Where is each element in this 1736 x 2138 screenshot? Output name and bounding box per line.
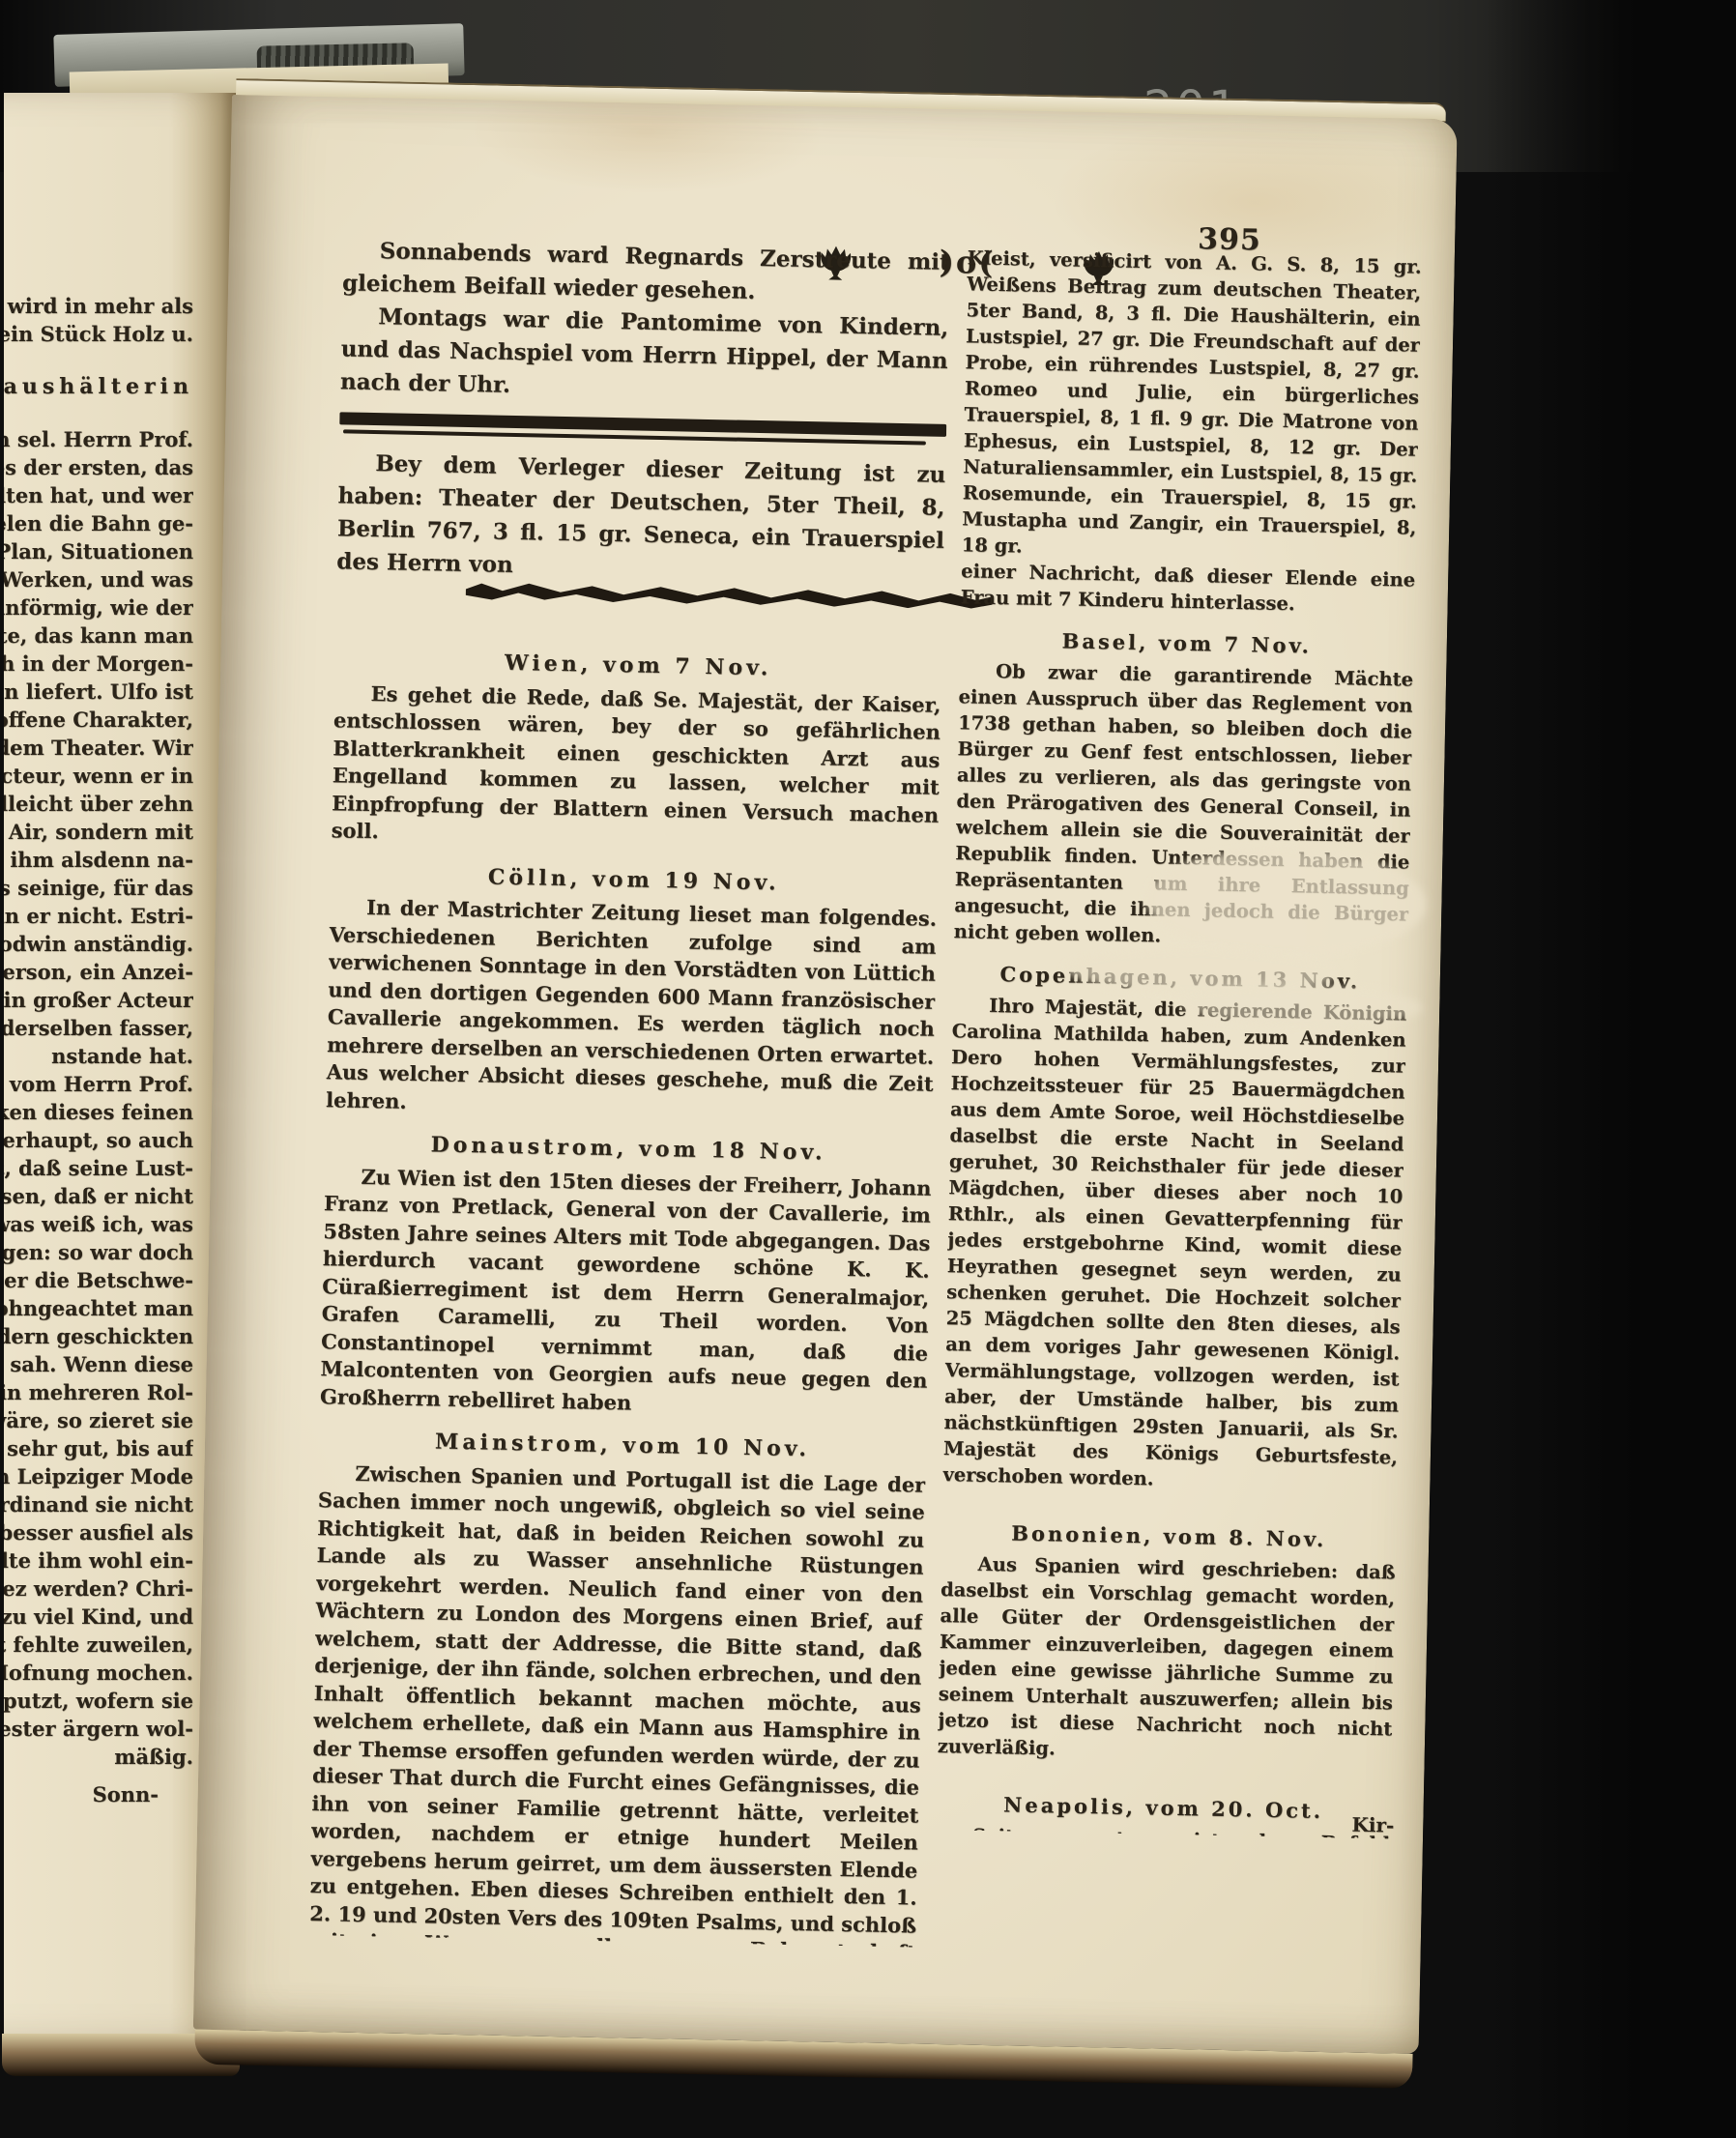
news-section: Wien, vom 7 Nov. Es gehet die Rede, daß …: [331, 646, 941, 856]
news-section: Copenhagen, vom 13 Nov. Ihro Majestät, d…: [942, 960, 1407, 1496]
left-page-line: vie ein Stück Holz u.: [4, 320, 193, 348]
scanned-newspaper-page: 201 nn es wird in mehr alsvie ein Stück …: [0, 0, 1736, 2138]
left-page-line: t nach Leipziger Mode: [4, 1462, 193, 1490]
section-body: Ob zwar die garantirende Mächte einen Au…: [954, 657, 1414, 953]
left-page-line: noch in der Morgen-: [4, 650, 193, 678]
news-section: Mainstrom, vom 10 Nov. Zwischen Spanien …: [309, 1426, 926, 1947]
left-page-line: om sel. Herrn Prof.: [4, 425, 193, 453]
left-page-line: fast zu viel Kind, und: [4, 1603, 193, 1631]
left-page-line: o vielen die Bahn ge-: [4, 509, 193, 537]
news-section: Donaustrom, vom 18 Nov. Zu Wien ist den …: [320, 1129, 933, 1423]
left-page-line: uf dem Theater. Wir: [4, 734, 193, 762]
left-page-line: chen Werken, und was: [4, 565, 193, 593]
left-page-line: er vielleicht über zehn: [4, 790, 193, 818]
left-page-line: rhalten hat, und wer: [4, 481, 193, 509]
left-page-line: Sinn derselben fasser,: [4, 1014, 193, 1042]
left-page-line: en, wäre, so zieret sie: [4, 1406, 193, 1434]
section-body: Zu Wien ist den 15ten dieses der Freiher…: [320, 1163, 932, 1423]
section-body: Aus Spanien wird geschrieben: daß daselb…: [938, 1550, 1396, 1768]
left-page-line: nn es wird in mehr als: [4, 292, 193, 320]
left-page-line: n oder die Betschwe-: [4, 1266, 193, 1294]
right-column: Kleist, versificirt von A. G. S. 8, 15 g…: [936, 245, 1422, 1838]
section-title: Wien, vom 7 Nov.: [334, 646, 941, 685]
left-page-line: Stücken dieses feinen: [4, 1098, 193, 1126]
section-title: Donaustrom, vom 18 Nov.: [325, 1129, 932, 1169]
section-body: Zwischen Spanien und Portugall ist die L…: [309, 1459, 926, 1948]
section-body: Ihro Majestät, die regierende Königin Ca…: [942, 992, 1406, 1496]
news-section: Basel, vom 7 Nov. Ob zwar die garantiren…: [954, 625, 1415, 953]
left-column-sections: Wien, vom 7 Nov. Es gehet die Rede, daß …: [309, 646, 942, 1947]
section-title: Mainstrom, vom 10 Nov.: [319, 1426, 926, 1465]
left-page-line: Godwin anständig.: [4, 930, 193, 958]
story-continuation: einer Nachricht, daß dieser Elende eine …: [960, 558, 1415, 619]
section-title: Bononien, vom 8. Nov.: [941, 1518, 1396, 1553]
left-page-line: on besser ausfiel als: [4, 1518, 193, 1546]
left-page-line: d was weiß ich, was: [4, 1210, 193, 1238]
publisher-notice: Bey dem Verleger dieser Zeitung ist zu h…: [336, 447, 946, 591]
left-page-heading: aushälterin vom: [4, 373, 193, 406]
theatre-note-paragraph: Sonnabends ward Regnards Zerstreute mit …: [342, 234, 950, 312]
left-page-line: n Plan, Situationen: [4, 537, 193, 565]
left-page-line: ute Hofnung mochen.: [4, 1659, 193, 1687]
left-page-line: r vom Herrn Prof.: [4, 1070, 193, 1098]
left-page-line: macht, daß seine Lust-: [4, 1154, 193, 1182]
left-page-line: mal ein großer Acteur: [4, 986, 193, 1014]
page-catchword: Kir-: [1268, 1811, 1394, 1837]
left-column-top-block: Sonnabends ward Regnards Zerstreute mit …: [336, 234, 950, 591]
left-page-top-lines: nn es wird in mehr alsvie ein Stück Holz…: [4, 292, 193, 348]
left-page-line: nstande hat.: [4, 1042, 193, 1070]
left-page-line: n getroffene Charakter,: [4, 706, 193, 734]
publisher-notice-continuation: Kleist, versificirt von A. G. S. 8, 15 g…: [962, 245, 1422, 566]
left-page-line: e überhaupt, so auch: [4, 1126, 193, 1154]
left-page-line: ez werden? Chri-: [4, 1575, 193, 1603]
theatre-note-paragraph: Montags war die Pantomime von Kindern, u…: [340, 300, 949, 411]
left-page-line: ner andern geschickten: [4, 1322, 193, 1350]
left-page-line: sah. Wenn diese: [4, 1350, 193, 1378]
left-page-line: nte sehr gut, bis auf: [4, 1434, 193, 1462]
rule-spacer: [335, 578, 943, 643]
left-page-line: en liessen, daß er nicht: [4, 1182, 193, 1210]
main-page: 395 )o( Sonnabends ward Regnards Zerstre…: [193, 95, 1458, 2054]
left-page-line: Sollte ihm wohl ein-: [4, 1546, 193, 1575]
left-column: Sonnabends ward Regnards Zerstreute mit …: [309, 234, 950, 1947]
left-page-line: gt in mehreren Rol-: [4, 1378, 193, 1406]
left-page-line: e, sagen: so war doch: [4, 1238, 193, 1266]
main-page-wrapper: 395 )o( Sonnabends ward Regnards Zerstre…: [193, 95, 1458, 2054]
left-page-line: Ferdinand sie nicht: [4, 1490, 193, 1518]
news-section: Cölln, vom 19 Nov. In der Mastrichter Ze…: [326, 860, 938, 1126]
left-page-line: rde, ohngeachtet man: [4, 1294, 193, 1322]
left-page-line: mäßig.: [4, 1743, 193, 1771]
left-page-line: die ihm alsdenn na-: [4, 846, 193, 874]
left-page-line: ne Person, ein Anzei-: [4, 958, 193, 986]
left-page-line: ewicht fehlte zuweilen,: [4, 1631, 193, 1659]
left-page-line: kann er nicht. Estri-: [4, 902, 193, 930]
section-title: Basel, vom 7 Nov.: [960, 625, 1414, 660]
left-page-catchword: Sonn-: [4, 1780, 193, 1808]
left-page-line: nöchte, das kann man: [4, 621, 193, 650]
left-page-line: hr geputzt, wofern sie: [4, 1687, 193, 1715]
section-title: Copenhagen, vom 13 Nov.: [953, 960, 1407, 995]
left-page-text: nn es wird in mehr alsvie ein Stück Holz…: [4, 292, 193, 1808]
scan-background-right: [1485, 0, 1736, 2138]
section-body: Es gehet die Rede, daß Se. Majestät, der…: [331, 679, 940, 857]
section-title: Cölln, vom 19 Nov.: [331, 860, 938, 900]
section-body: In der Mastrichter Zeitung lieset man fo…: [326, 893, 937, 1126]
left-page-body-lines: om sel. Herrn Prof.eines der ersten, das…: [4, 425, 193, 1771]
left-page-line: tschwester ärgern wol-: [4, 1715, 193, 1743]
news-section: Bononien, vom 8. Nov. Aus Spanien wird g…: [938, 1518, 1397, 1768]
left-page-line: u einförmig, wie der: [4, 593, 193, 621]
left-page-line: das seinige, für das: [4, 874, 193, 902]
left-page-line: eiten liefert. Ulfo ist: [4, 678, 193, 706]
left-page-line: eines der ersten, das: [4, 453, 193, 481]
left-page-line: en Acteur, wenn er in: [4, 762, 193, 790]
right-column-sections: Basel, vom 7 Nov. Ob zwar die garantiren…: [936, 625, 1414, 1838]
left-page-line: nem Air, sondern mit: [4, 818, 193, 846]
